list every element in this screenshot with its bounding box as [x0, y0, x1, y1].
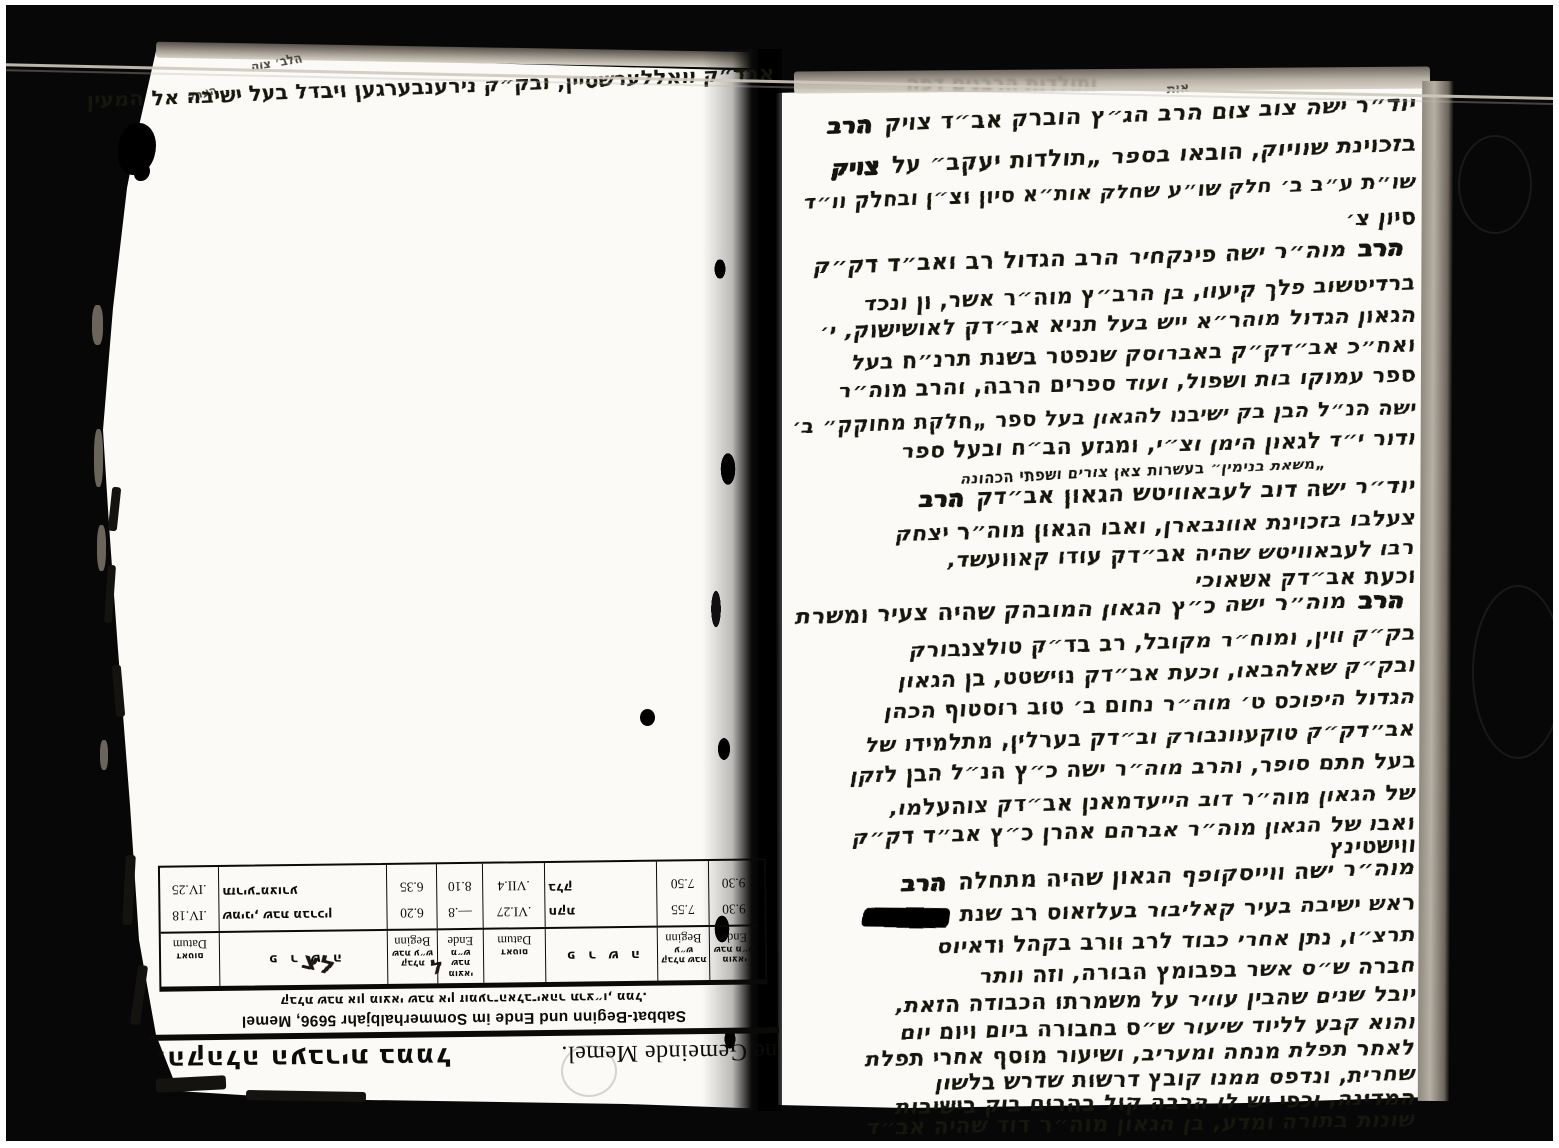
header-parscha-label: פ ר ש ה: [563, 947, 640, 963]
masthead-latin: ne Gemeinde Memel.: [561, 1037, 778, 1067]
cell-parscha-april: שמיני, שבת מברכין תזריע־מצורע: [218, 865, 387, 931]
cell-parscha-summer: חקת בלק: [544, 862, 657, 927]
sabbath-times-table: דאטום Datum פ ר ש ה קבלת שבת ע״ש Beginn …: [158, 858, 767, 991]
header-ende-he: מוצאי שבת מ״ש: [712, 943, 757, 964]
cell-datum-summer: 27.VI. 4.VII.: [482, 863, 545, 928]
edge-streak: [122, 855, 136, 925]
film-debris: [100, 740, 108, 770]
cell-ende-april: 8.— 8.10: [436, 864, 483, 929]
film-debris: [94, 429, 103, 487]
film-ghost-mark: [1472, 585, 1553, 759]
right-page-edge: [1418, 81, 1454, 1101]
header-ende-de: Ende: [721, 930, 747, 944]
header-ende-he: מוצאי שבת מ״ש: [440, 947, 481, 979]
printed-clipping: ne Gemeinde Memel. הקהלה העברית בממל. Sa…: [147, 825, 780, 1081]
header-ende-de: Ende: [447, 933, 473, 947]
edge-streak: [130, 965, 148, 1026]
cell-datum-april: 18.IV. 25.IV.: [160, 867, 219, 932]
ink-spot: [640, 709, 655, 726]
header-datum-2: דאטום Datum: [483, 927, 546, 983]
film-debris: [97, 525, 106, 571]
header-datum-de: Datum: [497, 932, 531, 946]
header-parscha-2: פ ר ש ה: [545, 926, 658, 982]
header-datum-de: Datum: [173, 936, 207, 950]
handwritten-line: סיון צ׳: [1344, 205, 1418, 232]
header-beginn-2: קבלת שבת ע״ש Beginn: [657, 925, 710, 981]
cell-ende-summer: 9.30 9.30: [708, 860, 759, 925]
film-debris: [92, 305, 103, 345]
header-beginn-de: Beginn: [665, 930, 701, 944]
clipping-masthead: ne Gemeinde Memel. הקהלה העברית בממל.: [149, 1035, 779, 1081]
torn-edge-mark: [246, 1090, 366, 1102]
header-beginn-de: Beginn: [394, 933, 430, 947]
cell-beginn-summer: 7.55 7.50: [656, 861, 709, 926]
header-datum: דאטום Datum: [161, 931, 220, 987]
header-datum-he: דאטום: [501, 946, 528, 957]
handwritten-line: מוה״ר ישה ווייסקופף הגאון שהיה מתחלההרב: [888, 855, 1417, 898]
film-background: ותולדות הרבנים דפה אות הלב׳ צוה העתק אבד…: [6, 5, 1553, 1141]
handwritten-register: יוד״ר ישה צוב צום הרב הג״ץ הוברק אב״ד צו…: [788, 5, 1420, 1141]
header-ende-2: מוצאי שבת מ״ש Ende: [709, 924, 760, 980]
blacked-out-word: [861, 907, 951, 927]
microfilm-scan: ותולדות הרבנים דפה אות הלב׳ צוה העתק אבד…: [0, 0, 1559, 1148]
cell-beginn-april: 6.20 6.35: [386, 864, 437, 929]
header-beginn-he: קבלת שבת ע״ש: [660, 944, 707, 965]
handwritten-line: הרבמוה״ר ישה פינקחיר הרב הגדול רב ואב״ד …: [812, 235, 1417, 280]
film-ghost-mark: [1458, 135, 1532, 234]
masthead-hebrew: הקהלה העברית בממל.: [155, 1041, 451, 1075]
header-datum-he: דאטום: [176, 950, 203, 961]
